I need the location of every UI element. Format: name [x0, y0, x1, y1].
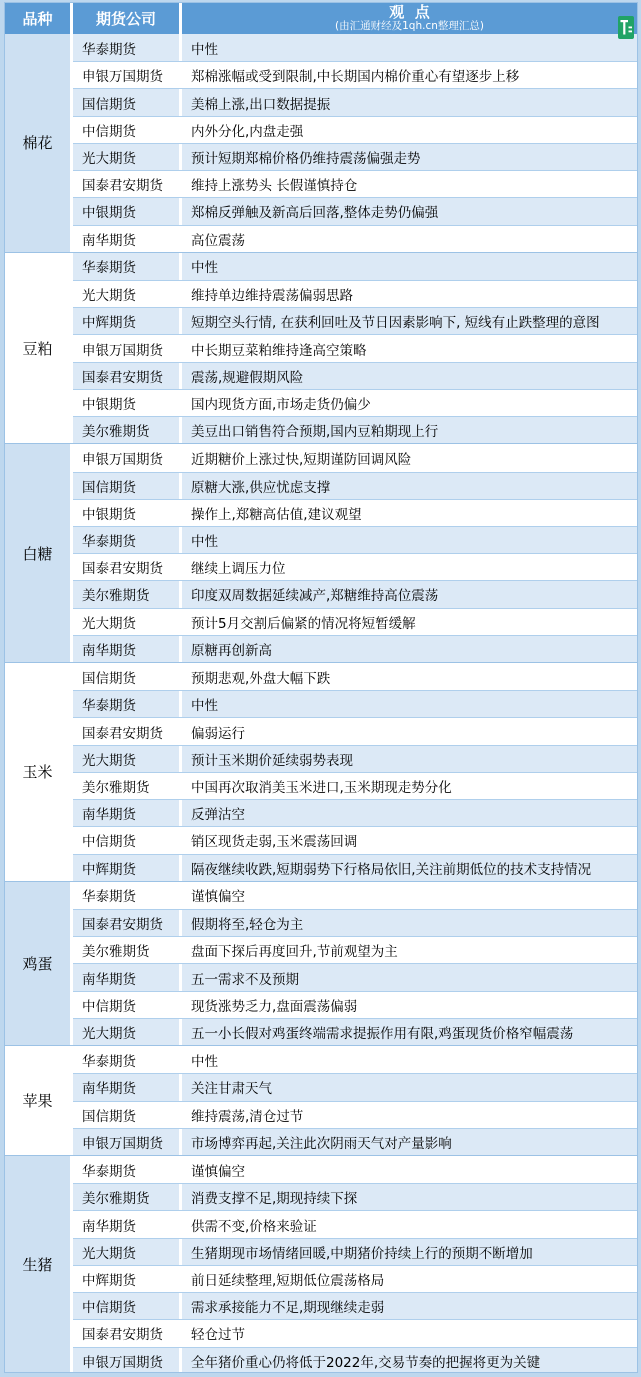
company-cell: 中信期货	[73, 1293, 182, 1319]
section-rows: 华泰期货谨慎偏空美尔雅期货消费支撑不足,期现持续下探南华期货供需不变,价格来验证…	[73, 1156, 637, 1373]
table-row: 中辉期货隔夜继续收跌,短期弱势下行格局依旧,关注前期低位的技术支持情况	[73, 854, 637, 881]
view-cell: 中性	[182, 1046, 637, 1073]
header-view-title: 观 点	[389, 5, 429, 21]
table-row: 国泰君安期货维持上涨势头 长假谨慎持仓	[73, 170, 637, 197]
company-cell: 中辉期货	[73, 1266, 182, 1292]
view-cell: 盘面下探后再度回升,节前观望为主	[182, 937, 637, 963]
table-row: 国泰君安期货继续上调压力位	[73, 553, 637, 580]
view-cell: 偏弱运行	[182, 718, 637, 744]
table-row: 华泰期货中性	[73, 1046, 637, 1073]
company-cell: 华泰期货	[73, 253, 182, 280]
header-view: 观 点 (由汇通财经及1qh.cn整理汇总)	[182, 3, 637, 34]
view-cell: 震荡,规避假期风险	[182, 363, 637, 389]
section-rows: 华泰期货中性南华期货关注甘肃天气国信期货维持震荡,清仓过节申银万国期货市场博弈再…	[73, 1046, 637, 1155]
table-row: 中辉期货短期空头行情, 在获利回吐及节日因素影响下, 短线有止跌整理的意图	[73, 307, 637, 334]
view-cell: 市场博弈再起,关注此次阴雨天气对产量影响	[182, 1129, 637, 1155]
view-cell: 操作上,郑糖高估值,建议观望	[182, 500, 637, 526]
view-cell: 关注甘肃天气	[182, 1074, 637, 1100]
company-cell: 南华期货	[73, 964, 182, 990]
view-cell: 预期悲观,外盘大幅下跌	[182, 663, 637, 690]
company-cell: 美尔雅期货	[73, 581, 182, 607]
view-cell: 中性	[182, 527, 637, 553]
view-cell: 继续上调压力位	[182, 554, 637, 580]
table-row: 中信期货内外分化,内盘走强	[73, 116, 637, 143]
company-cell: 中信期货	[73, 992, 182, 1018]
company-cell: 国泰君安期货	[73, 363, 182, 389]
view-cell: 生猪期现市场情绪回暖,中期猪价持续上行的预期不断增加	[182, 1239, 637, 1265]
view-cell: 供需不变,价格来验证	[182, 1211, 637, 1237]
view-cell: 现货涨势乏力,盘面震荡偏弱	[182, 992, 637, 1018]
table-row: 南华期货供需不变,价格来验证	[73, 1210, 637, 1237]
view-cell: 假期将至,轻仓为主	[182, 910, 637, 936]
company-cell: 华泰期货	[73, 882, 182, 909]
table-row: 光大期货预计玉米期价延续弱势表现	[73, 745, 637, 772]
section-rows: 华泰期货谨慎偏空国泰君安期货假期将至,轻仓为主美尔雅期货盘面下探后再度回升,节前…	[73, 882, 637, 1045]
view-cell: 预计短期郑棉价格仍维持震荡偏强走势	[182, 144, 637, 170]
company-cell: 中信期货	[73, 117, 182, 143]
variety-cell: 玉米	[5, 663, 73, 881]
company-cell: 光大期货	[73, 1019, 182, 1045]
view-cell: 内外分化,内盘走强	[182, 117, 637, 143]
table-row: 光大期货预计短期郑棉价格仍维持震荡偏强走势	[73, 143, 637, 170]
table-row: 光大期货五一小长假对鸡蛋终端需求提振作用有限,鸡蛋现货价格窄幅震荡	[73, 1018, 637, 1045]
table-row: 中信期货现货涨势乏力,盘面震荡偏弱	[73, 991, 637, 1018]
company-cell: 光大期货	[73, 1239, 182, 1265]
company-cell: 华泰期货	[73, 1156, 182, 1183]
commodity-section: 豆粕华泰期货中性光大期货维持单边维持震荡偏弱思路中辉期货短期空头行情, 在获利回…	[5, 252, 637, 444]
table-row: 国信期货原糖大涨,供应忧虑支撑	[73, 472, 637, 499]
company-cell: 国信期货	[73, 89, 182, 115]
futures-opinion-page: 品种 期货公司 观 点 (由汇通财经及1qh.cn整理汇总) 棉花华泰期货中性申…	[0, 0, 641, 1377]
header-view-subtitle: (由汇通财经及1qh.cn整理汇总)	[335, 21, 484, 32]
table-row: 南华期货反弹沽空	[73, 799, 637, 826]
view-cell: 隔夜继续收跌,短期弱势下行格局依旧,关注前期低位的技术支持情况	[182, 855, 637, 881]
table-row: 申银万国期货全年猪价重心仍将低于2022年,交易节奏的把握将更为关键	[73, 1347, 637, 1374]
company-cell: 申银万国期货	[73, 444, 182, 471]
table-row: 华泰期货中性	[73, 34, 637, 61]
table-row: 国泰君安期货假期将至,轻仓为主	[73, 909, 637, 936]
table-row: 美尔雅期货印度双周数据延续减产,郑糖维持高位震荡	[73, 580, 637, 607]
company-cell: 美尔雅期货	[73, 417, 182, 443]
view-cell: 中国再次取消美玉米进口,玉米期现走势分化	[182, 773, 637, 799]
company-cell: 国泰君安期货	[73, 554, 182, 580]
company-cell: 申银万国期货	[73, 62, 182, 88]
commodity-section: 生猪华泰期货谨慎偏空美尔雅期货消费支撑不足,期现持续下探南华期货供需不变,价格来…	[5, 1155, 637, 1373]
variety-cell: 苹果	[5, 1046, 73, 1155]
view-cell: 消费支撑不足,期现持续下探	[182, 1184, 637, 1210]
view-cell: 短期空头行情, 在获利回吐及节日因素影响下, 短线有止跌整理的意图	[182, 308, 637, 334]
view-cell: 维持震荡,清仓过节	[182, 1102, 637, 1128]
header-variety: 品种	[5, 3, 73, 34]
table-row: 国信期货维持震荡,清仓过节	[73, 1101, 637, 1128]
company-cell: 华泰期货	[73, 34, 182, 61]
company-cell: 国泰君安期货	[73, 910, 182, 936]
variety-cell: 鸡蛋	[5, 882, 73, 1045]
view-cell: 近期糖价上涨过快,短期谨防回调风险	[182, 444, 637, 471]
view-cell: 美棉上涨,出口数据提振	[182, 89, 637, 115]
table-row: 国泰君安期货震荡,规避假期风险	[73, 362, 637, 389]
view-cell: 谨慎偏空	[182, 882, 637, 909]
view-cell: 高位震荡	[182, 226, 637, 252]
commodity-section: 鸡蛋华泰期货谨慎偏空国泰君安期货假期将至,轻仓为主美尔雅期货盘面下探后再度回升,…	[5, 881, 637, 1045]
view-cell: 美豆出口销售符合预期,国内豆粕期现上行	[182, 417, 637, 443]
view-cell: 原糖大涨,供应忧虑支撑	[182, 473, 637, 499]
section-rows: 华泰期货中性光大期货维持单边维持震荡偏弱思路中辉期货短期空头行情, 在获利回吐及…	[73, 253, 637, 444]
view-cell: 中性	[182, 34, 637, 61]
view-cell: 郑棉涨幅或受到限制,中长期国内棉价重心有望逐步上移	[182, 62, 637, 88]
table-row: 申银万国期货郑棉涨幅或受到限制,中长期国内棉价重心有望逐步上移	[73, 61, 637, 88]
table-row: 光大期货预计5月交割后偏紧的情况将短暂缓解	[73, 608, 637, 635]
table-row: 华泰期货中性	[73, 690, 637, 717]
text-tool-icon[interactable]	[618, 16, 634, 39]
company-cell: 申银万国期货	[73, 1348, 182, 1374]
view-cell: 销区现货走弱,玉米震荡回调	[182, 827, 637, 853]
view-cell: 五一需求不及预期	[182, 964, 637, 990]
view-cell: 中性	[182, 691, 637, 717]
company-cell: 南华期货	[73, 636, 182, 662]
table-body: 棉花华泰期货中性申银万国期货郑棉涨幅或受到限制,中长期国内棉价重心有望逐步上移国…	[5, 34, 637, 1373]
commodity-section: 苹果华泰期货中性南华期货关注甘肃天气国信期货维持震荡,清仓过节申银万国期货市场博…	[5, 1045, 637, 1155]
view-cell: 反弹沽空	[182, 800, 637, 826]
company-cell: 申银万国期货	[73, 1129, 182, 1155]
company-cell: 中辉期货	[73, 308, 182, 334]
table-row: 中银期货国内现货方面,市场走货仍偏少	[73, 389, 637, 416]
view-cell: 印度双周数据延续减产,郑糖维持高位震荡	[182, 581, 637, 607]
company-cell: 光大期货	[73, 609, 182, 635]
table-row: 申银万国期货近期糖价上涨过快,短期谨防回调风险	[73, 444, 637, 471]
company-cell: 南华期货	[73, 1074, 182, 1100]
company-cell: 中辉期货	[73, 855, 182, 881]
table-row: 国信期货预期悲观,外盘大幅下跌	[73, 663, 637, 690]
company-cell: 国泰君安期货	[73, 1320, 182, 1346]
company-cell: 中银期货	[73, 500, 182, 526]
table-row: 华泰期货中性	[73, 526, 637, 553]
company-cell: 中银期货	[73, 390, 182, 416]
view-cell: 全年猪价重心仍将低于2022年,交易节奏的把握将更为关键	[182, 1348, 637, 1374]
commodity-section: 棉花华泰期货中性申银万国期货郑棉涨幅或受到限制,中长期国内棉价重心有望逐步上移国…	[5, 34, 637, 252]
table-row: 华泰期货中性	[73, 253, 637, 280]
table-row: 申银万国期货市场博弈再起,关注此次阴雨天气对产量影响	[73, 1128, 637, 1155]
view-cell: 五一小长假对鸡蛋终端需求提振作用有限,鸡蛋现货价格窄幅震荡	[182, 1019, 637, 1045]
company-cell: 美尔雅期货	[73, 1184, 182, 1210]
company-cell: 光大期货	[73, 281, 182, 307]
table-row: 华泰期货谨慎偏空	[73, 882, 637, 909]
company-cell: 光大期货	[73, 144, 182, 170]
table-row: 华泰期货谨慎偏空	[73, 1156, 637, 1183]
company-cell: 美尔雅期货	[73, 773, 182, 799]
company-cell: 华泰期货	[73, 691, 182, 717]
view-cell: 预计5月交割后偏紧的情况将短暂缓解	[182, 609, 637, 635]
header-company: 期货公司	[73, 3, 182, 34]
view-cell: 原糖再创新高	[182, 636, 637, 662]
company-cell: 华泰期货	[73, 1046, 182, 1073]
section-rows: 申银万国期货近期糖价上涨过快,短期谨防回调风险国信期货原糖大涨,供应忧虑支撑中银…	[73, 444, 637, 662]
commodity-opinion-table: 品种 期货公司 观 点 (由汇通财经及1qh.cn整理汇总) 棉花华泰期货中性申…	[4, 2, 638, 1373]
company-cell: 华泰期货	[73, 527, 182, 553]
table-row: 申银万国期货中长期豆菜粕维持逢高空策略	[73, 334, 637, 361]
view-cell: 前日延续整理,短期低位震荡格局	[182, 1266, 637, 1292]
table-row: 南华期货五一需求不及预期	[73, 963, 637, 990]
table-row: 南华期货关注甘肃天气	[73, 1073, 637, 1100]
table-row: 南华期货高位震荡	[73, 225, 637, 252]
table-row: 国泰君安期货偏弱运行	[73, 717, 637, 744]
company-cell: 光大期货	[73, 746, 182, 772]
view-cell: 郑棉反弹触及新高后回落,整体走势仍偏强	[182, 198, 637, 224]
company-cell: 国信期货	[73, 663, 182, 690]
table-row: 美尔雅期货盘面下探后再度回升,节前观望为主	[73, 936, 637, 963]
text-tool-glyph	[618, 16, 634, 39]
table-header: 品种 期货公司 观 点 (由汇通财经及1qh.cn整理汇总)	[5, 3, 637, 34]
view-cell: 国内现货方面,市场走货仍偏少	[182, 390, 637, 416]
table-row: 美尔雅期货中国再次取消美玉米进口,玉米期现走势分化	[73, 772, 637, 799]
variety-cell: 棉花	[5, 34, 73, 252]
view-cell: 轻仓过节	[182, 1320, 637, 1346]
company-cell: 南华期货	[73, 1211, 182, 1237]
company-cell: 国信期货	[73, 473, 182, 499]
view-cell: 需求承接能力不足,期现继续走弱	[182, 1293, 637, 1319]
view-cell: 维持上涨势头 长假谨慎持仓	[182, 171, 637, 197]
variety-cell: 白糖	[5, 444, 73, 662]
company-cell: 国泰君安期货	[73, 718, 182, 744]
company-cell: 中银期货	[73, 198, 182, 224]
table-row: 光大期货维持单边维持震荡偏弱思路	[73, 280, 637, 307]
view-cell: 中长期豆菜粕维持逢高空策略	[182, 335, 637, 361]
section-rows: 国信期货预期悲观,外盘大幅下跌华泰期货中性国泰君安期货偏弱运行光大期货预计玉米期…	[73, 663, 637, 881]
company-cell: 南华期货	[73, 226, 182, 252]
table-row: 中辉期货前日延续整理,短期低位震荡格局	[73, 1265, 637, 1292]
company-cell: 美尔雅期货	[73, 937, 182, 963]
table-row: 光大期货生猪期现市场情绪回暖,中期猪价持续上行的预期不断增加	[73, 1238, 637, 1265]
table-row: 美尔雅期货美豆出口销售符合预期,国内豆粕期现上行	[73, 416, 637, 443]
section-rows: 华泰期货中性申银万国期货郑棉涨幅或受到限制,中长期国内棉价重心有望逐步上移国信期…	[73, 34, 637, 252]
table-row: 国泰君安期货轻仓过节	[73, 1319, 637, 1346]
table-row: 中信期货需求承接能力不足,期现继续走弱	[73, 1292, 637, 1319]
view-cell: 预计玉米期价延续弱势表现	[182, 746, 637, 772]
company-cell: 申银万国期货	[73, 335, 182, 361]
company-cell: 国泰君安期货	[73, 171, 182, 197]
view-cell: 中性	[182, 253, 637, 280]
table-row: 国信期货美棉上涨,出口数据提振	[73, 88, 637, 115]
commodity-section: 玉米国信期货预期悲观,外盘大幅下跌华泰期货中性国泰君安期货偏弱运行光大期货预计玉…	[5, 662, 637, 881]
view-cell: 维持单边维持震荡偏弱思路	[182, 281, 637, 307]
table-row: 中银期货操作上,郑糖高估值,建议观望	[73, 499, 637, 526]
company-cell: 南华期货	[73, 800, 182, 826]
company-cell: 中信期货	[73, 827, 182, 853]
table-row: 中信期货销区现货走弱,玉米震荡回调	[73, 826, 637, 853]
commodity-section: 白糖申银万国期货近期糖价上涨过快,短期谨防回调风险国信期货原糖大涨,供应忧虑支撑…	[5, 443, 637, 662]
table-row: 美尔雅期货消费支撑不足,期现持续下探	[73, 1183, 637, 1210]
table-row: 中银期货郑棉反弹触及新高后回落,整体走势仍偏强	[73, 197, 637, 224]
variety-cell: 生猪	[5, 1156, 73, 1373]
table-row: 南华期货原糖再创新高	[73, 635, 637, 662]
variety-cell: 豆粕	[5, 253, 73, 444]
view-cell: 谨慎偏空	[182, 1156, 637, 1183]
company-cell: 国信期货	[73, 1102, 182, 1128]
